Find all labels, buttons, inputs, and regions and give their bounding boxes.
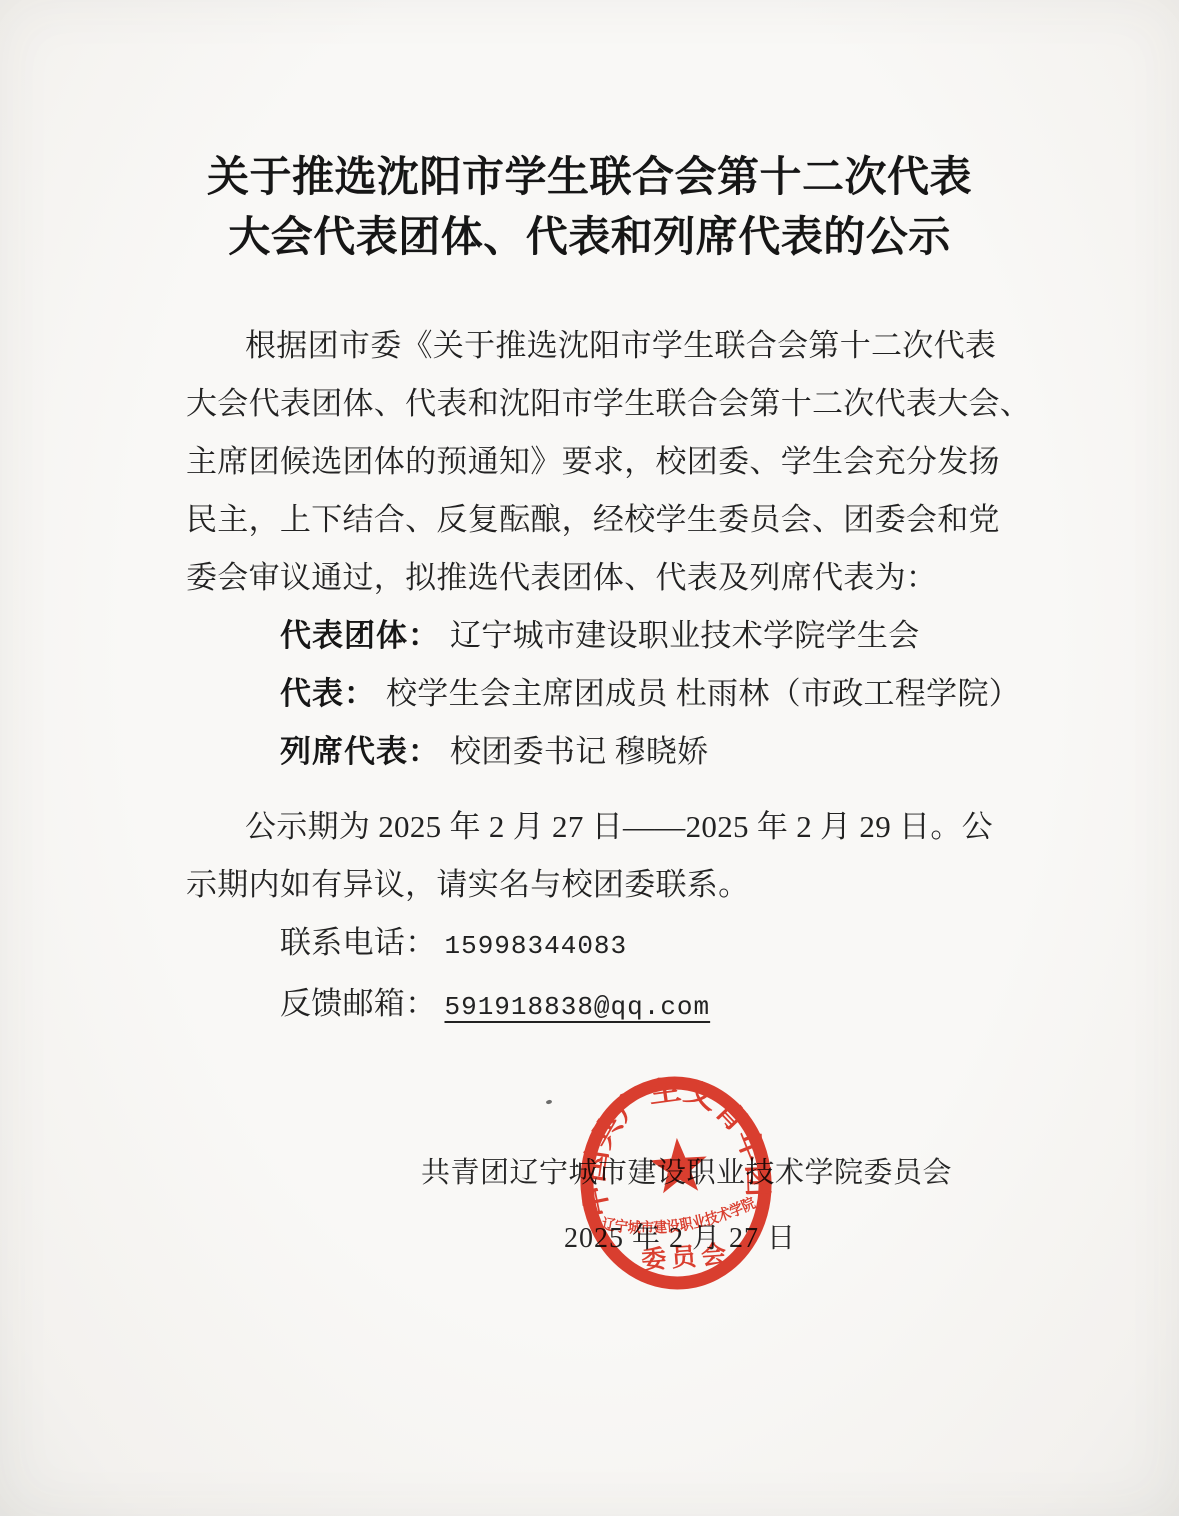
document-title-line1: 关于推选沈阳市学生联合会第十二次代表 [0, 148, 1179, 208]
observer-delegate-row: 列席代表：校团委书记 穆晓娇 [186, 723, 994, 781]
paragraph-line: 民主，上下结合、反复酝酿，经校学生委员会、团委会和党 [186, 491, 994, 549]
seal-star-icon [648, 1136, 709, 1194]
email-label: 反馈邮箱： [280, 986, 437, 1021]
document-title: 关于推选沈阳市学生联合会第十二次代表 大会代表团体、代表和列席代表的公示 [0, 148, 1179, 268]
document-page: 关于推选沈阳市学生联合会第十二次代表 大会代表团体、代表和列席代表的公示 根据团… [0, 0, 1179, 1516]
item-value: 校团委书记 穆晓娇 [450, 734, 708, 769]
delegate-group-row: 代表团体：辽宁城市建设职业技术学院学生会 [186, 607, 994, 665]
phone-label: 联系电话： [280, 925, 437, 960]
paragraph-line: 公示期为 2025 年 2 月 27 日——2025 年 2 月 29 日。公 [186, 798, 994, 856]
seal-org-text: 辽宁城市建设职业技术学院 [598, 1193, 759, 1240]
item-value: 辽宁城市建设职业技术学院学生会 [450, 618, 920, 653]
paragraph-line: 大会代表团体、代表和沈阳市学生联合会第十二次代表大会、 [186, 375, 994, 433]
ink-speck [546, 1099, 553, 1104]
paragraph-line: 示期内如有异议，请实名与校团委联系。 [186, 856, 994, 914]
paragraph-line: 根据团市委《关于推选沈阳市学生联合会第十二次代表 [186, 317, 994, 375]
document-body: 根据团市委《关于推选沈阳市学生联合会第十二次代表 大会代表团体、代表和沈阳市学生… [186, 317, 994, 1036]
paragraph-line: 委会审议通过，拟推选代表团体、代表及列席代表为： [186, 549, 994, 607]
contact-phone-row: 联系电话：15998344083 [186, 914, 994, 975]
seal-arc-text: 中国共产主义青年团 [571, 1068, 776, 1221]
item-label: 代表团体： [280, 618, 440, 653]
phone-number: 15998344083 [445, 931, 628, 961]
document-title-line2: 大会代表团体、代表和列席代表的公示 [0, 208, 1179, 268]
item-label: 代表： [280, 676, 376, 711]
feedback-email-row: 反馈邮箱：591918838@qq.com [186, 975, 994, 1036]
email-address: 591918838@qq.com [445, 992, 711, 1022]
item-value: 校学生会主席团成员 杜雨林（市政工程学院） [386, 676, 1020, 711]
delegate-row: 代表：校学生会主席团成员 杜雨林（市政工程学院） [186, 665, 994, 723]
item-label: 列席代表： [280, 734, 440, 769]
official-seal: 中国共产主义青年团 辽宁城市建设职业技术学院 委员会 [571, 1066, 782, 1299]
paragraph-line: 主席团候选团体的预通知》要求，校团委、学生会充分发扬 [186, 433, 994, 491]
